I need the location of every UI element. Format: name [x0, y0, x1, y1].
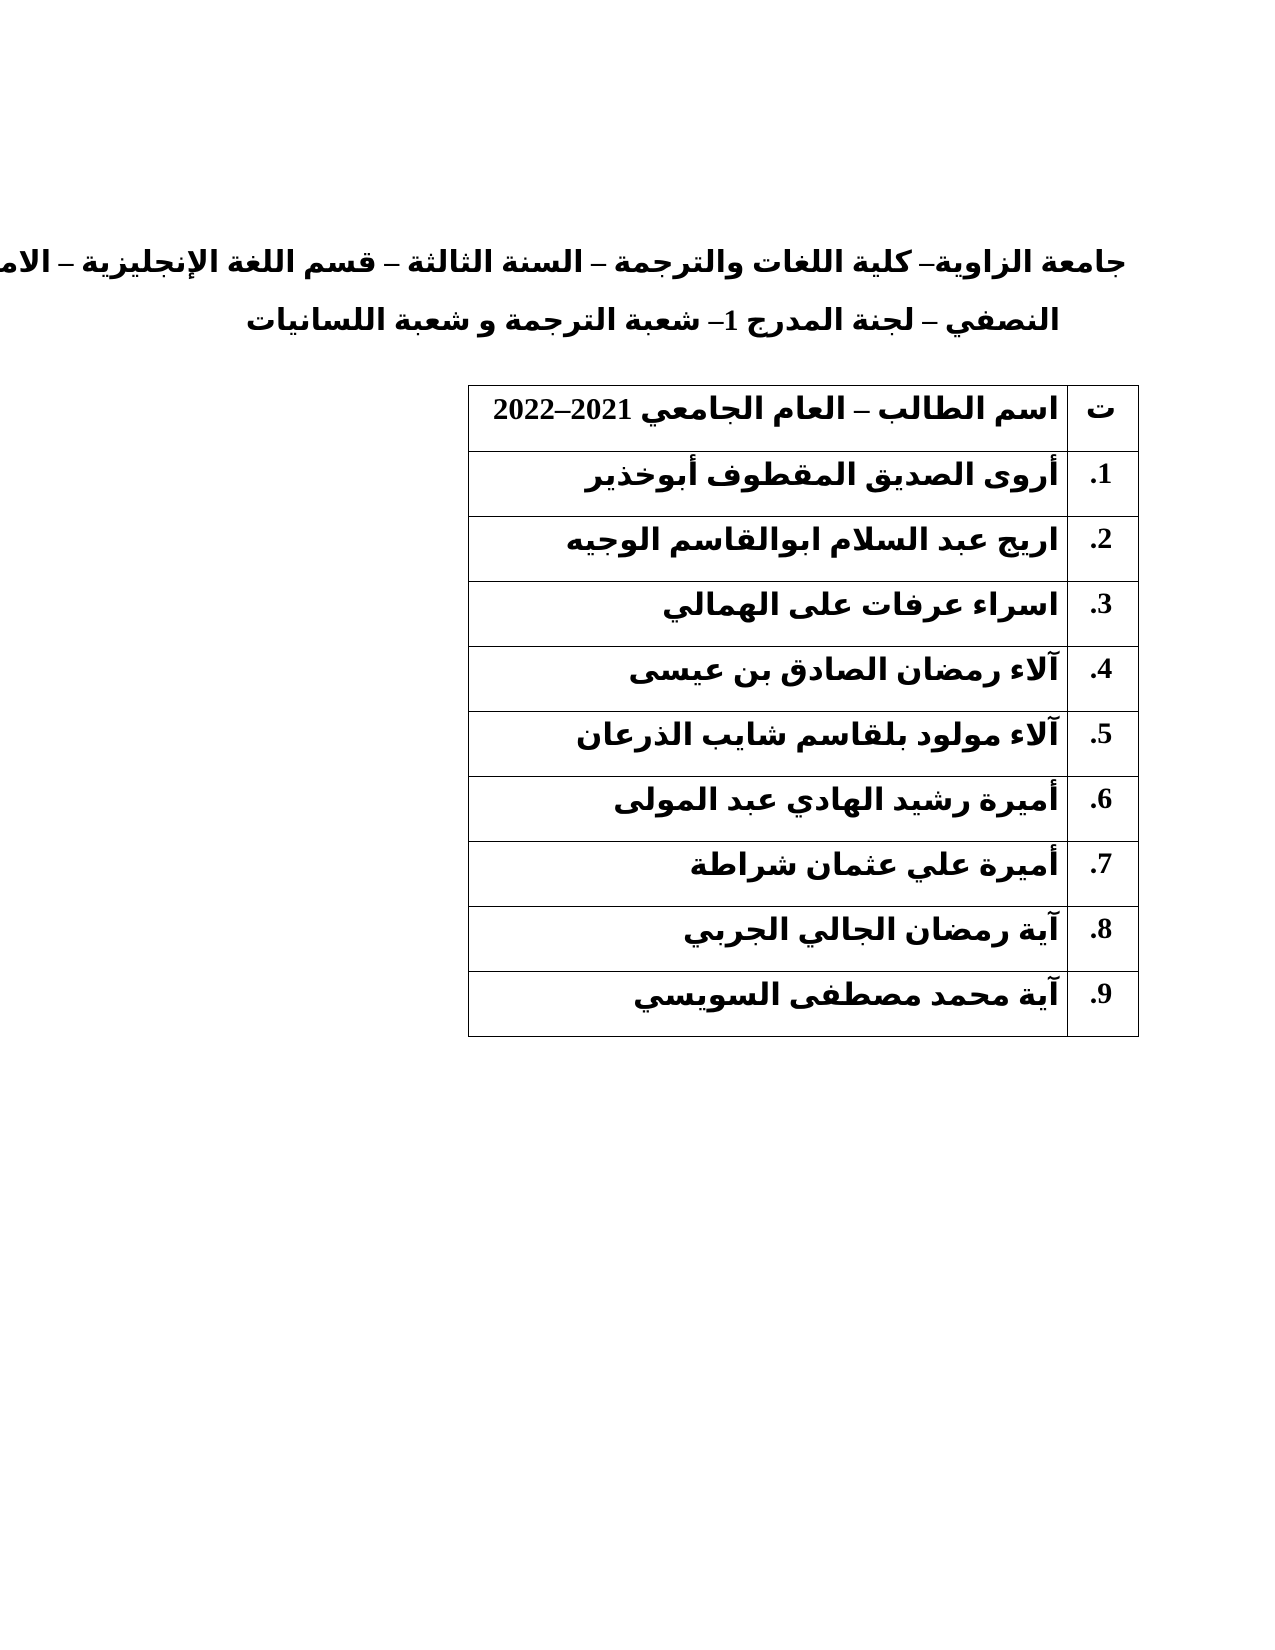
table-row: 9. آية محمد مصطفى السويسي: [469, 972, 1139, 1037]
table-row: 1. أروى الصديق المقطوف أبوخذير: [469, 452, 1139, 517]
student-name-cell: أميرة علي عثمان شراطة: [469, 842, 1068, 907]
row-number-cell: 9.: [1068, 972, 1139, 1037]
students-table: ت اسم الطالب – العام الجامعي 2021–2022 1…: [468, 385, 1139, 1037]
student-name-cell: اريج عبد السلام ابوالقاسم الوجيه: [469, 517, 1068, 582]
table-row: 5. آلاء مولود بلقاسم شايب الذرعان: [469, 712, 1139, 777]
table-row: 6. أميرة رشيد الهادي عبد المولى: [469, 777, 1139, 842]
table-row: 8. آية رمضان الجالي الجربي: [469, 907, 1139, 972]
row-number-cell: 1.: [1068, 452, 1139, 517]
table-row: 2. اريج عبد السلام ابوالقاسم الوجيه: [469, 517, 1139, 582]
document-title-line-1: جامعة الزاوية– كلية اللغات والترجمة – ال…: [0, 243, 1127, 283]
table-row: 7. أميرة علي عثمان شراطة: [469, 842, 1139, 907]
student-name-cell: آية رمضان الجالي الجربي: [469, 907, 1068, 972]
table-header-row: ت اسم الطالب – العام الجامعي 2021–2022: [469, 386, 1139, 452]
row-number-cell: 7.: [1068, 842, 1139, 907]
row-number-cell: 3.: [1068, 582, 1139, 647]
table-row: 3. اسراء عرفات على الهمالي: [469, 582, 1139, 647]
student-name-cell: آلاء رمضان الصادق بن عيسى: [469, 647, 1068, 712]
document-page: جامعة الزاوية– كلية اللغات والترجمة – ال…: [0, 0, 1275, 1650]
student-name-cell: اسراء عرفات على الهمالي: [469, 582, 1068, 647]
row-number-cell: 8.: [1068, 907, 1139, 972]
row-number-cell: 2.: [1068, 517, 1139, 582]
row-number-cell: 6.: [1068, 777, 1139, 842]
table-row: 4. آلاء رمضان الصادق بن عيسى: [469, 647, 1139, 712]
student-name-cell: أروى الصديق المقطوف أبوخذير: [469, 452, 1068, 517]
col-header-student-name: اسم الطالب – العام الجامعي 2021–2022: [469, 386, 1068, 452]
col-header-index: ت: [1068, 386, 1139, 452]
document-title-line-2: النصفي – لجنة المدرج 1– شعبة الترجمة و ش…: [246, 301, 1060, 341]
row-number-cell: 4.: [1068, 647, 1139, 712]
student-name-cell: أميرة رشيد الهادي عبد المولى: [469, 777, 1068, 842]
student-name-cell: آلاء مولود بلقاسم شايب الذرعان: [469, 712, 1068, 777]
student-name-cell: آية محمد مصطفى السويسي: [469, 972, 1068, 1037]
row-number-cell: 5.: [1068, 712, 1139, 777]
